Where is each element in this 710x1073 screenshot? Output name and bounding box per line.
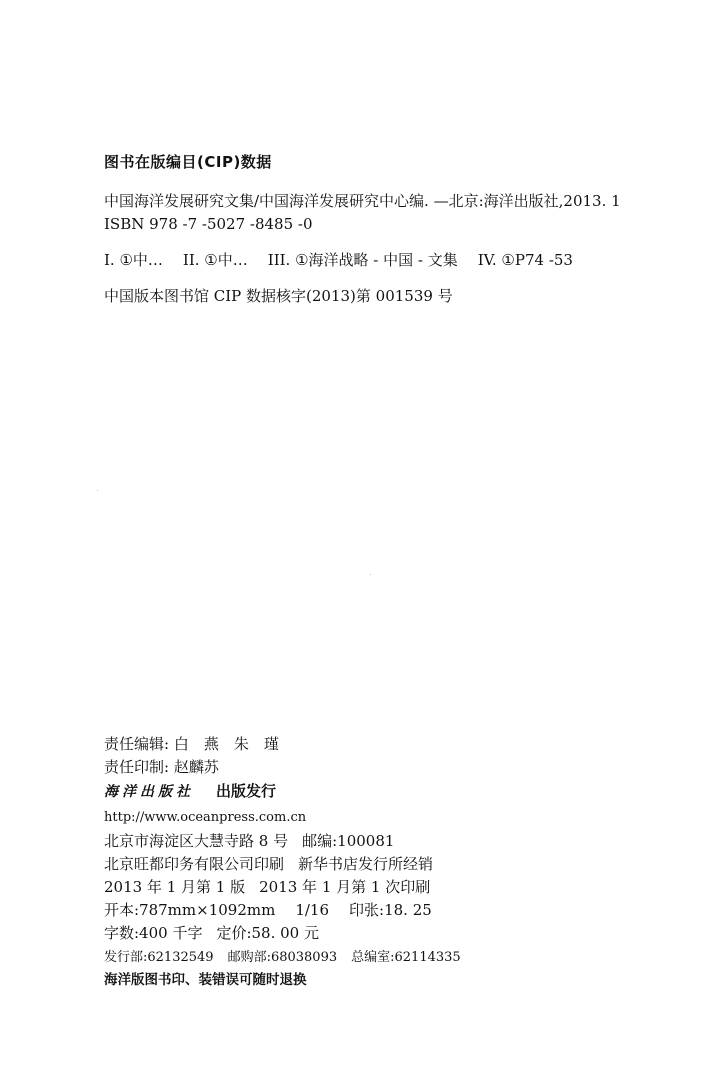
editor-line: 责任编辑: 白 燕 朱 瑾	[104, 737, 279, 752]
scan-speck	[97, 490, 98, 491]
printer-line: 北京旺都印务有限公司印刷新华书店发行所经销	[104, 857, 433, 872]
publisher-line: 海洋出版社出版发行	[104, 783, 276, 799]
printing-name: 赵麟苏	[174, 758, 219, 776]
cip-description: 中国海洋发展研究文集/中国海洋发展研究中心编. —北京:海洋出版社,2013. …	[104, 194, 621, 209]
printing-label: 责任印制:	[104, 758, 169, 776]
editor-names: 白 燕 朱 瑾	[174, 735, 279, 753]
cip-library-record: 中国版本图书馆 CIP 数据核字(2013)第 001539 号	[104, 289, 453, 304]
sales-dept: 发行部:62132549	[104, 950, 214, 965]
mail-order: 邮购部:68038093	[228, 950, 338, 965]
classification-ii: II. ①中…	[183, 251, 248, 269]
word-count: 字数:400 千字	[104, 924, 202, 942]
printer: 北京旺都印务有限公司印刷	[104, 855, 284, 873]
cip-isbn: ISBN 978 -7 -5027 -8485 -0	[104, 217, 313, 232]
scan-speck	[370, 574, 371, 575]
classification-iii: III. ①海洋战略 - 中国 - 文集	[268, 251, 458, 269]
return-notice: 海洋版图书印、装错误可随时退换	[104, 974, 307, 988]
price-line: 字数:400 千字定价:58. 00 元	[104, 926, 319, 941]
distributor: 新华书店发行所经销	[298, 855, 433, 873]
edition-line: 2013 年 1 月第 1 版2013 年 1 月第 1 次印刷	[104, 880, 430, 895]
format-line: 开本:787mm×1092mm1/16印张:18. 25	[104, 903, 432, 918]
publisher-action: 出版发行	[216, 782, 276, 800]
printing-run: 2013 年 1 月第 1 次印刷	[259, 878, 430, 896]
publisher-seal-logo: 海洋出版社	[104, 785, 194, 799]
address: 北京市海淀区大慧寺路 8 号	[104, 832, 288, 850]
format: 开本:787mm×1092mm	[104, 901, 275, 919]
editorial-office: 总编室:62114335	[351, 950, 461, 965]
classification-i: I. ①中…	[104, 251, 163, 269]
cip-classification: I. ①中…II. ①中…III. ①海洋战略 - 中国 - 文集IV. ①P7…	[104, 253, 573, 268]
editor-label: 责任编辑:	[104, 735, 169, 753]
sheets: 印张:18. 25	[349, 901, 432, 919]
cip-title: 图书在版编目(CIP)数据	[104, 155, 272, 170]
printing-line: 责任印制: 赵麟苏	[104, 760, 219, 775]
edition: 2013 年 1 月第 1 版	[104, 878, 245, 896]
classification-iv: IV. ①P74 -53	[478, 251, 573, 269]
address-line: 北京市海淀区大慧寺路 8 号邮编:100081	[104, 834, 394, 849]
fold: 1/16	[295, 901, 329, 919]
website-link[interactable]: http://www.oceanpress.com.cn	[104, 811, 306, 824]
price: 定价:58. 00 元	[216, 924, 319, 942]
postcode: 邮编:100081	[302, 832, 394, 850]
phone-line: 发行部:62132549邮购部:68038093总编室:62114335	[104, 951, 461, 964]
